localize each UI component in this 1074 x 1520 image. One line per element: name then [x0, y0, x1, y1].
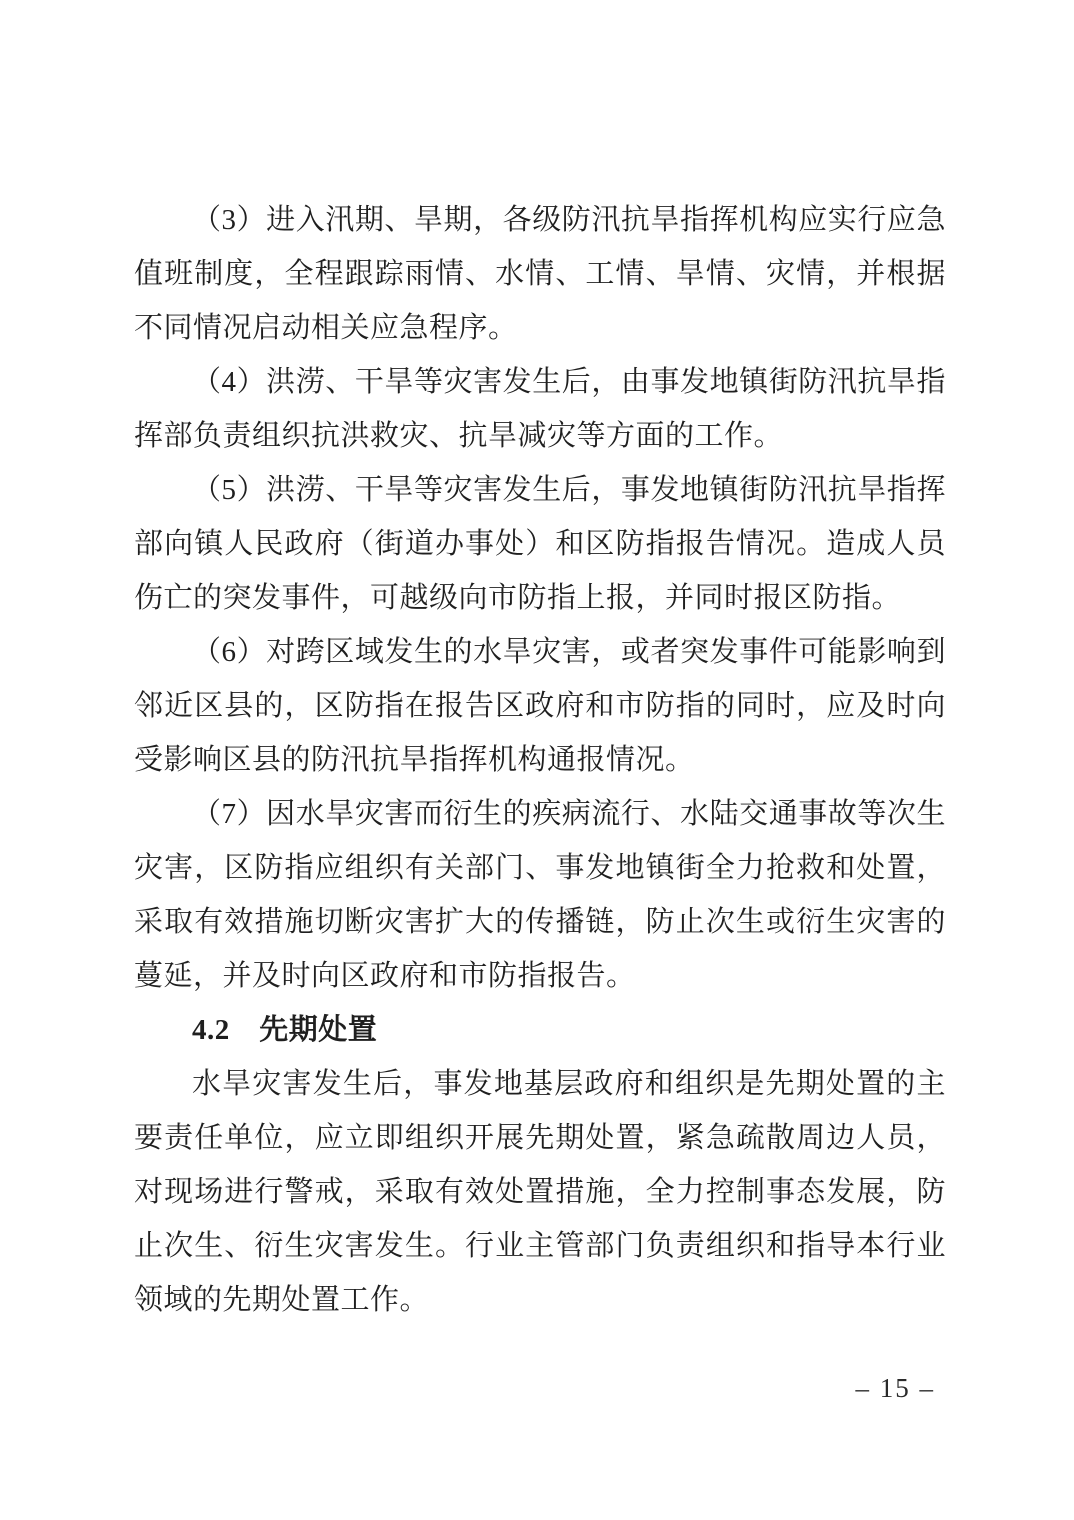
- paragraph-item-7: （7）因水旱灾害而衍生的疾病流行、水陆交通事故等次生灾害，区防指应组织有关部门、…: [134, 787, 946, 1003]
- page-content: （3）进入汛期、旱期，各级防汛抗旱指挥机构应实行应急值班制度，全程跟踪雨情、水情…: [134, 193, 946, 1327]
- paragraph-item-4: （4）洪涝、干旱等灾害发生后，由事发地镇街防汛抗旱指挥部负责组织抗洪救灾、抗旱减…: [134, 355, 946, 463]
- paragraph-item-3: （3）进入汛期、旱期，各级防汛抗旱指挥机构应实行应急值班制度，全程跟踪雨情、水情…: [134, 193, 946, 355]
- section-4-2-paragraph: 水旱灾害发生后，事发地基层政府和组织是先期处置的主要责任单位，应立即组织开展先期…: [134, 1057, 946, 1327]
- paragraph-item-6: （6）对跨区域发生的水旱灾害，或者突发事件可能影响到邻近区县的，区防指在报告区政…: [134, 625, 946, 787]
- paragraph-item-5: （5）洪涝、干旱等灾害发生后，事发地镇街防汛抗旱指挥部向镇人民政府（街道办事处）…: [134, 463, 946, 625]
- page-number: – 15 –: [856, 1372, 936, 1404]
- section-heading-4-2: 4.2 先期处置: [134, 1003, 946, 1057]
- document-page: （3）进入汛期、旱期，各级防汛抗旱指挥机构应实行应急值班制度，全程跟踪雨情、水情…: [0, 0, 1074, 1520]
